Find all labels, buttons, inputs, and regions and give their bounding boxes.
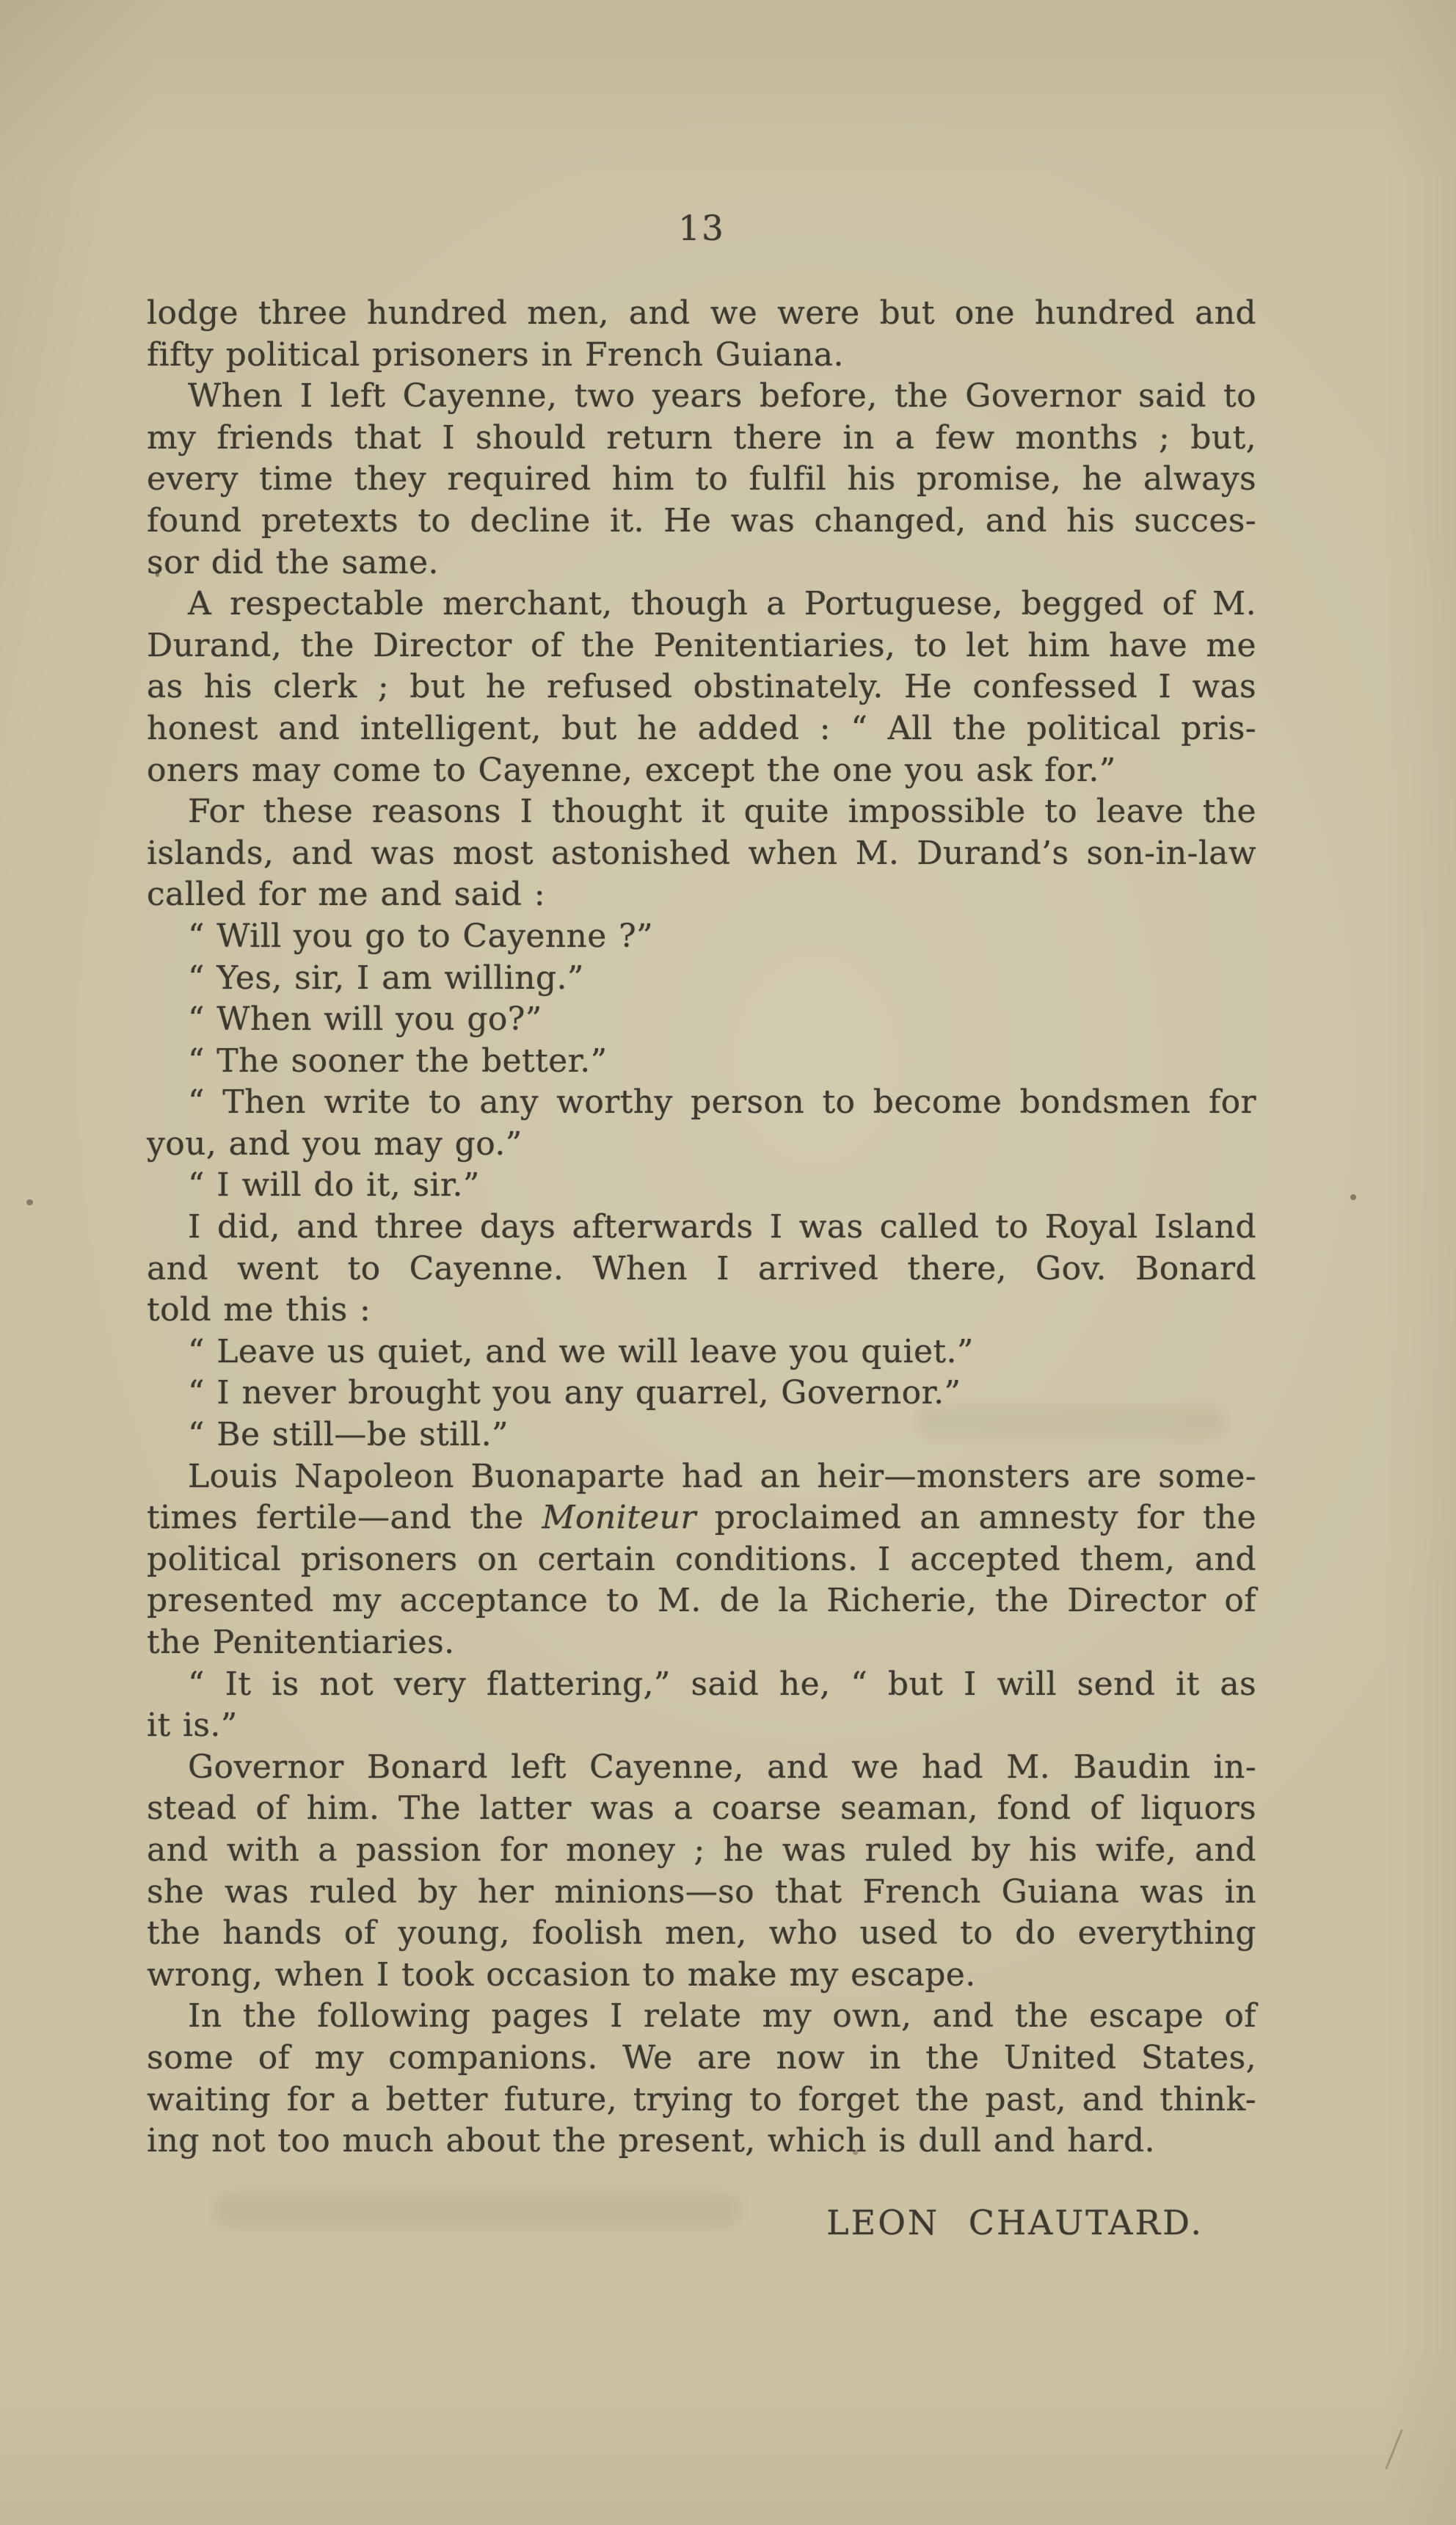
text-line: I did, and three days afterwards I was c… [147,1207,1256,1249]
paragraph-8: Governor Bonard left Cayenne, and we had… [147,1747,1256,1997]
page-number: 13 [147,208,1256,249]
text-line: “ I will do it, sir.” [147,1165,1256,1207]
ink-speck [26,1199,33,1205]
text-segment: proclaimed an amnesty for the [696,1499,1256,1536]
ink-speck [156,570,159,577]
text-line: as his clerk ; but he refused obstinatel… [147,666,1256,708]
scratch-mark [1385,2430,1403,2470]
text-line: fifty political prisoners in French Guia… [147,335,1256,377]
dialogue-line-5: “ Then write to any worthy person to bec… [147,1082,1256,1165]
text-line: “ Leave us quiet, and we will leave you … [147,1331,1256,1373]
paragraph-1: lodge three hundred men, and we were but… [147,293,1256,376]
text-line: times fertile—and the Moniteur proclaime… [147,1497,1256,1539]
text-line: stead of him. The latter was a coarse se… [147,1788,1256,1830]
ink-speck [1350,1194,1356,1200]
text-line: wrong, when I took occasion to make my e… [147,1955,1256,1997]
dialogue-line-6: “ I will do it, sir.” [147,1165,1256,1207]
dialogue-line-3: “ When will you go?” [147,999,1256,1041]
text-line: A respectable merchant, though a Portugu… [147,584,1256,625]
text-line: For these reasons I thought it quite imp… [147,791,1256,833]
text-line: “ It is not very flattering,” said he, “… [147,1664,1256,1706]
text-line: she was ruled by her minions—so that Fre… [147,1872,1256,1914]
paragraph-4: For these reasons I thought it quite imp… [147,791,1256,916]
paragraph-2: When I left Cayenne, two years before, t… [147,376,1256,584]
text-line: you, and you may go.” [147,1124,1256,1166]
text-line: Louis Napoleon Buonaparte had an heir—mo… [147,1456,1256,1498]
text-line: and with a passion for money ; he was ru… [147,1830,1256,1872]
scanned-book-page: { "colors": { "paper": "#cbc2a4", "ink":… [0,0,1456,2525]
paragraph-5: I did, and three days afterwards I was c… [147,1207,1256,1331]
paragraph-9: In the following pages I relate my own, … [147,1996,1256,2162]
text-line: sor did the same. [147,542,1256,584]
text-line: islands, and was most astonished when M.… [147,833,1256,875]
text-line: “ Yes, sir, I am willing.” [147,958,1256,1000]
text-line: Governor Bonard left Cayenne, and we had… [147,1747,1256,1789]
text-line: “ Then write to any worthy person to bec… [147,1082,1256,1124]
dialogue-line-1: “ Will you go to Cayenne ?” [147,916,1256,958]
text-line: every time they required him to fulfil h… [147,459,1256,501]
text-line: waiting for a better future, trying to f… [147,2079,1256,2121]
text-segment: times fertile—and the [147,1499,542,1536]
text-line: the hands of young, foolish men, who use… [147,1913,1256,1955]
text-line: oners may come to Cayenne, except the on… [147,750,1256,792]
text-line: “ The sooner the better.” [147,1041,1256,1083]
showthrough-smudge [213,2191,741,2229]
text-line: and went to Cayenne. When I arrived ther… [147,1249,1256,1290]
text-line: some of my companions. We are now in the… [147,2038,1256,2079]
text-line: Durand, the Director of the Penitentiari… [147,625,1256,667]
text-line: “ When will you go?” [147,999,1256,1041]
text-line: When I left Cayenne, two years before, t… [147,376,1256,418]
text-line: told me this : [147,1290,1256,1331]
paragraph-6: Louis Napoleon Buonaparte had an heir—mo… [147,1456,1256,1664]
text-line: it is.” [147,1705,1256,1747]
dialogue-line-2: “ Yes, sir, I am willing.” [147,958,1256,1000]
text-line: In the following pages I relate my own, … [147,1996,1256,2038]
italic-word: Moniteur [542,1499,696,1536]
text-line: honest and intelligent, but he added : “… [147,708,1256,750]
text-line: presented my acceptance to M. de la Rich… [147,1580,1256,1622]
text-line: lodge three hundred men, and we were but… [147,293,1256,335]
paragraph-3: A respectable merchant, though a Portugu… [147,584,1256,791]
text-line: political prisoners on certain condition… [147,1539,1256,1581]
text-line: called for me and said : [147,874,1256,916]
dialogue-line-4: “ The sooner the better.” [147,1041,1256,1083]
dialogue-line-7: “ Leave us quiet, and we will leave you … [147,1331,1256,1373]
paragraph-7: “ It is not very flattering,” said he, “… [147,1664,1256,1747]
text-line: found pretexts to decline it. He was cha… [147,501,1256,542]
ink-speck [853,2150,858,2155]
text-line: ing not too much about the present, whic… [147,2121,1256,2162]
text-line: my friends that I should return there in… [147,418,1256,459]
text-block: lodge three hundred men, and we were but… [147,293,1256,2162]
showthrough-smudge [917,1406,1226,1439]
text-line: the Penitentiaries. [147,1622,1256,1664]
text-line: “ Will you go to Cayenne ?” [147,916,1256,958]
